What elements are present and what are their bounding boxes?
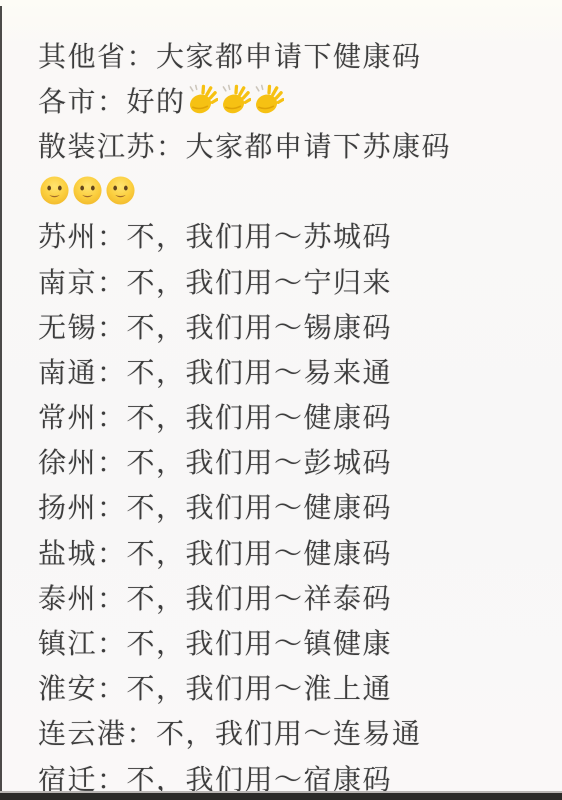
message-line: 镇江：不，我们用～镇健康 (38, 619, 562, 664)
message-line: 泰州：不，我们用～祥泰码 (38, 574, 562, 619)
message-text: 各市：好的 (38, 80, 186, 120)
message-line: 散装江苏：大家都申请下苏康码 (38, 122, 562, 167)
message-line: 淮安：不，我们用～淮上通 (38, 665, 562, 710)
message-line: 各市：好的 (38, 77, 562, 122)
clap-emoji (253, 84, 284, 115)
smile-emoji (72, 175, 103, 206)
message-text: 徐州：不，我们用～彭城码 (38, 441, 392, 481)
clap-emoji (187, 84, 218, 115)
message-text: 南京：不，我们用～宁归来 (38, 261, 392, 301)
meme-screenshot-page: 其他省：大家都申请下健康码各市：好的散装江苏：大家都申请下苏康码苏州：不，我们用… (0, 0, 562, 800)
message-text: 连云港：不，我们用～连易通 (38, 712, 422, 752)
message-text: 南通：不，我们用～易来通 (38, 351, 392, 391)
message-text: 其他省：大家都申请下健康码 (38, 35, 422, 75)
message-line: 无锡：不，我们用～锡康码 (38, 303, 562, 348)
clap-emoji (220, 84, 251, 115)
message-text: 苏州：不，我们用～苏城码 (38, 215, 392, 255)
message-line: 其他省：大家都申请下健康码 (38, 32, 562, 77)
message-line: 南京：不，我们用～宁归来 (38, 258, 562, 303)
message-text: 镇江：不，我们用～镇健康 (38, 622, 392, 662)
message-line: 苏州：不，我们用～苏城码 (38, 213, 562, 258)
message-text: 盐城：不，我们用～健康码 (38, 532, 392, 572)
message-line: 盐城：不，我们用～健康码 (38, 529, 562, 574)
message-text: 无锡：不，我们用～锡康码 (38, 306, 392, 346)
message-text: 扬州：不，我们用～健康码 (38, 486, 392, 526)
message-text: 淮安：不，我们用～淮上通 (38, 667, 392, 707)
message-text: 泰州：不，我们用～祥泰码 (38, 577, 392, 617)
message-line: 扬州：不，我们用～健康码 (38, 484, 562, 529)
message-text: 常州：不，我们用～健康码 (38, 396, 392, 436)
message-line: 常州：不，我们用～健康码 (38, 394, 562, 439)
message-text: 散装江苏：大家都申请下苏康码 (38, 125, 451, 165)
smile-emoji (39, 175, 70, 206)
message-line: 连云港：不，我们用～连易通 (38, 710, 562, 755)
smile-emoji (105, 175, 136, 206)
message-line (38, 168, 562, 213)
conversation-lines: 其他省：大家都申请下健康码各市：好的散装江苏：大家都申请下苏康码苏州：不，我们用… (0, 0, 562, 800)
message-line: 南通：不，我们用～易来通 (38, 348, 562, 393)
message-line: 徐州：不，我们用～彭城码 (38, 439, 562, 484)
bottom-edge-bar (0, 791, 562, 800)
